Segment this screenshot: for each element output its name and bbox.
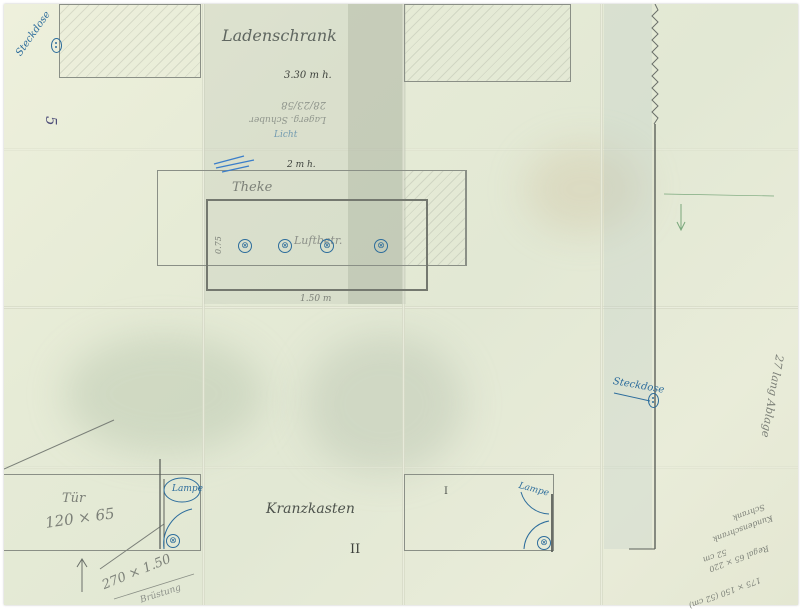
light-fixture-icon: ⊗: [374, 239, 388, 253]
label-note-mirrored-2: Lagerg. Schuber: [250, 114, 326, 124]
switch-icon: ⊗: [537, 536, 551, 550]
light-fixture-icon: ⊗: [238, 239, 252, 253]
label-theke-depth: 0.75: [214, 236, 223, 254]
label-note-mirrored-1: 28/23/58: [281, 99, 326, 110]
switch-icon: ⊗: [166, 534, 180, 548]
socket-icon: [648, 393, 659, 408]
label-theke-inner: Luftbetr.: [294, 234, 342, 247]
label-theke: Theke: [232, 180, 272, 195]
floor-plan-sheet: Steckdose 5 Ladenschrank 3.30 m h. 28/23…: [4, 4, 798, 605]
label-lampe-left: Lampe: [172, 484, 203, 494]
label-height-2m: 2 m h.: [287, 160, 316, 170]
plan-lines: [4, 4, 798, 605]
label-numeral-I: I: [444, 486, 448, 497]
label-numeral-II: II: [350, 542, 360, 557]
label-kranzkasten: Kranzkasten: [266, 501, 355, 517]
label-note-light: Licht: [274, 130, 297, 140]
light-fixture-icon: ⊗: [320, 239, 334, 253]
label-ladenschrank: Ladenschrank: [222, 26, 337, 45]
label-ladenschrank-height: 3.30 m h.: [284, 70, 332, 81]
light-fixture-icon: ⊗: [278, 239, 292, 253]
socket-icon: [51, 38, 62, 53]
label-numeral-5: 5: [42, 116, 60, 126]
label-theke-width: 1.50 m: [300, 294, 331, 304]
label-tuer: Tür: [62, 491, 85, 506]
